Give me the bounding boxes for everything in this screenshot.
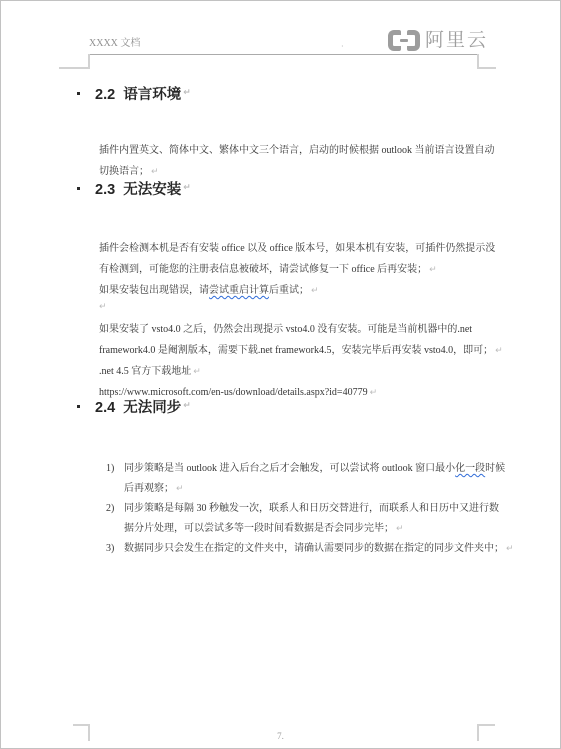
paragraph-line: 如果安装了 vsto4.0 之后，仍然会出现提示 vsto4.0 没有安装。可能… [89, 298, 472, 319]
page-number: 7. [1, 731, 560, 741]
download-url-link[interactable]: https://www.microsoft.com/en-us/download… [89, 361, 377, 382]
paragraph-line: .net 4.5 官方下载地址↵ [89, 340, 201, 361]
list-item: 3)数据同步只会发生在指定的文件夹中，请确认需要同步的数据在指定的同步文件夹中；… [96, 517, 514, 538]
list-item-continuation: 据分片处理，可以尝试多等一段时间看数据是否会同步完毕；↵ [114, 497, 404, 518]
document-page: XXXX 文档 · 阿里云 2.2 语言环境 ↵ 插件内置英文、简体中文、繁体中… [0, 0, 561, 749]
list-item: 1)同步策略是当 outlook 进入后台之后才会触发，可以尝试将 outloo… [96, 437, 505, 458]
header-rule [89, 54, 478, 55]
alibaba-cloud-logo: 阿里云 [388, 30, 488, 52]
paragraph-line: 有检测到，可能您的注册表信息被破坏，请尝试修复一下 office 后再安装；↵ [89, 238, 437, 259]
pilcrow-mark: ↵ [183, 183, 191, 193]
section-heading-2-2-label: 2.2 语言环境 [95, 83, 181, 104]
section-heading-2-3: 2.3 无法安装 ↵ [77, 179, 191, 197]
list-item-continuation: 后再观察；↵ [114, 457, 184, 478]
list-number: 3) [106, 538, 124, 559]
section-heading-2-2: 2.2 语言环境 ↵ [77, 84, 191, 102]
spellcheck-wavy-underline: 尝试重启计算 [209, 285, 269, 296]
empty-paragraph: ↵ [89, 275, 107, 296]
pilcrow-mark: ↵ [506, 544, 514, 554]
cropmark-top-right-horizontal [477, 67, 496, 69]
heading-bullet-icon [77, 405, 80, 408]
cropmark-bottom-right-horizontal [477, 724, 495, 726]
paragraph-line: 如果安装包出现错误，请尝试重启计算后重试；↵ [89, 259, 319, 280]
alibaba-cloud-logo-text: 阿里云 [425, 30, 488, 52]
heading-bullet-icon [77, 92, 80, 95]
paragraph-line: 切换语言；↵ [89, 140, 159, 161]
pilcrow-mark: ↵ [311, 286, 319, 296]
cropmark-top-left-horizontal [59, 67, 90, 69]
alibaba-cloud-brackets-icon [388, 30, 420, 52]
pilcrow-mark: ↵ [183, 401, 191, 411]
pilcrow-mark: ↵ [429, 265, 437, 275]
pilcrow-mark: ↵ [183, 88, 191, 98]
header-tab-mark: · [341, 42, 344, 51]
paragraph-line: framework4.0 是阉割版本，需要下载.net framework4.5… [89, 319, 503, 340]
heading-bullet-icon [77, 187, 80, 190]
pilcrow-mark: ↵ [370, 388, 378, 398]
section-heading-2-3-label: 2.3 无法安装 [95, 178, 181, 199]
list-item: 2)同步策略是每隔 30 秒触发一次，联系人和日历交替进行，而联系人和日历中又进… [96, 477, 499, 498]
paragraph-line: 插件会检测本机是否有安装 office 以及 office 版本号，如果本机有安… [89, 217, 495, 238]
pilcrow-mark: ↵ [495, 346, 503, 356]
header-doc-title: XXXX 文档 [89, 34, 140, 49]
section-heading-2-4-label: 2.4 无法同步 [95, 396, 181, 417]
section-heading-2-4: 2.4 无法同步 ↵ [77, 397, 191, 415]
pilcrow-mark: ↵ [151, 167, 159, 177]
spellcheck-wavy-underline: 化一段 [455, 463, 485, 474]
paragraph-line: 插件内置英文、简体中文、繁体中文三个语言，启动的时候根据 outlook 当前语… [89, 119, 495, 140]
